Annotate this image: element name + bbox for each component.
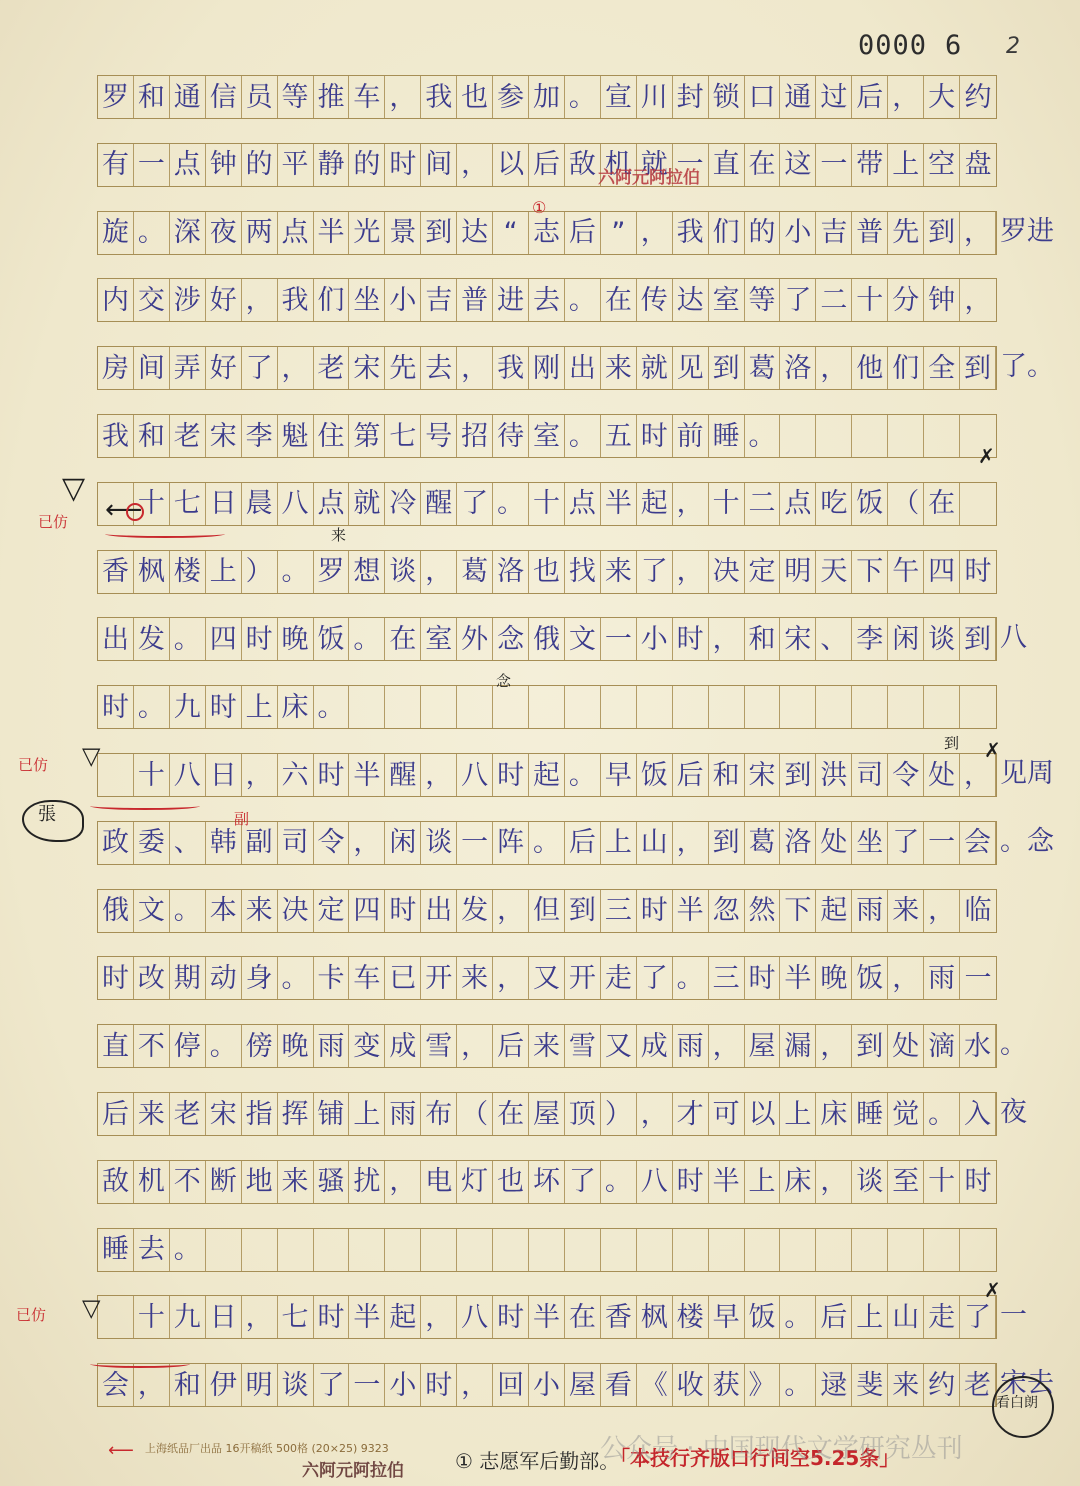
grid-cell: 葛 — [457, 551, 493, 593]
grid-cell: 处 — [924, 754, 960, 796]
grid-cell: 成 — [385, 1025, 421, 1067]
grid-cell: 醒 — [385, 754, 421, 796]
row3-stamp: 六阿元阿拉伯 — [598, 163, 700, 188]
grid-cell: 四 — [349, 890, 385, 932]
grid-cell: 香 — [601, 1296, 637, 1338]
grid-cell: 谈 — [278, 1364, 314, 1406]
grid-cell: 时 — [673, 1161, 709, 1203]
grid-cell: 车 — [349, 76, 385, 118]
grid-cell: 司 — [852, 754, 888, 796]
red-circle-mark — [126, 503, 144, 521]
grid-cell: 。 — [349, 618, 385, 660]
grid-cell: 宋 — [206, 415, 242, 457]
grid-cell: 李 — [852, 618, 888, 660]
grid-cell — [565, 686, 601, 728]
grid-cell: 达 — [673, 279, 709, 321]
grid-cell: 员 — [242, 76, 278, 118]
grid-cell: 去 — [421, 347, 457, 389]
grid-cell: 上 — [780, 1093, 816, 1135]
grid-cell: 忽 — [709, 890, 745, 932]
grid-cell: 睡 — [709, 415, 745, 457]
grid-cell: 。 — [170, 1229, 206, 1271]
grid-cell: 定 — [314, 890, 350, 932]
grid-cell: 闲 — [385, 822, 421, 864]
grid-cell: 的 — [349, 144, 385, 186]
grid-cell: 雨 — [385, 1093, 421, 1135]
page-number-digit: 6 — [945, 30, 962, 61]
grid-cell: 和 — [709, 754, 745, 796]
grid-cell: 一 — [457, 822, 493, 864]
wavy-underline-17 — [105, 530, 225, 538]
grid-cell: 室 — [529, 415, 565, 457]
grid-cell: 洛 — [780, 822, 816, 864]
grid-cell: 决 — [709, 551, 745, 593]
grid-cell: 魁 — [278, 415, 314, 457]
grid-cell: 晚 — [278, 1025, 314, 1067]
grid-cell: 晚 — [278, 618, 314, 660]
grid-cell: 时 — [637, 415, 673, 457]
grid-cell: 来 — [278, 1161, 314, 1203]
grid-cell: 普 — [852, 212, 888, 254]
grid-cell: 成 — [637, 1025, 673, 1067]
grid-cell: （ — [457, 1093, 493, 1135]
grid-cell: 、 — [816, 618, 852, 660]
grid-cell: 出 — [421, 890, 457, 932]
grid-cell: 了 — [457, 483, 493, 525]
grid-cell: 雪 — [565, 1025, 601, 1067]
grid-cell: 枫 — [134, 551, 170, 593]
grid-cell — [852, 686, 888, 728]
grid-cell: 钟 — [206, 144, 242, 186]
grid-cell: 去 — [134, 1229, 170, 1271]
delete-mark-icon: ▽ — [62, 474, 85, 504]
grid-cell: 会 — [960, 822, 996, 864]
grid-cell: 。 — [924, 1093, 960, 1135]
grid-cell: 收 — [673, 1364, 709, 1406]
grid-cell: 饭 — [745, 1296, 781, 1338]
insert-nian: 念 — [496, 674, 511, 689]
grid-cell: 大 — [924, 76, 960, 118]
grid-cell: 一 — [134, 144, 170, 186]
grid-cell: ， — [888, 957, 924, 999]
grid-cell: 指 — [242, 1093, 278, 1135]
grid-cell — [601, 686, 637, 728]
grid-cell: 。 — [170, 890, 206, 932]
grid-cell: 见 — [673, 347, 709, 389]
grid-cell: 等 — [278, 76, 314, 118]
grid-cell: 我 — [673, 212, 709, 254]
grid-cell: 直 — [709, 144, 745, 186]
grid-cell: 机 — [134, 1161, 170, 1203]
grid-cell: 老 — [170, 1093, 206, 1135]
grid-cell — [816, 1229, 852, 1271]
grid-cell: 七 — [170, 483, 206, 525]
grid-cell: 下 — [780, 890, 816, 932]
grid-cell: 获 — [709, 1364, 745, 1406]
grid-cell — [98, 754, 134, 796]
grid-cell: 走 — [924, 1296, 960, 1338]
grid-cell: 半 — [709, 1161, 745, 1203]
grid-cell: 副 — [242, 822, 278, 864]
grid-cell: 闲 — [888, 618, 924, 660]
grid-cell: 老 — [170, 415, 206, 457]
grid-cell: 深 — [170, 212, 206, 254]
grid-cell: 雨 — [852, 890, 888, 932]
grid-cell: 但 — [529, 890, 565, 932]
grid-cell: 时 — [385, 890, 421, 932]
grid-cell: 间 — [134, 347, 170, 389]
grid-cell: 。 — [565, 754, 601, 796]
grid-cell: 文 — [134, 890, 170, 932]
grid-cell: 想 — [349, 551, 385, 593]
grid-row: 会，和伊明谈了一小时，回小屋看《收获》。逯斐来约老宋去 — [97, 1363, 997, 1407]
grid-cell: 住 — [314, 415, 350, 457]
grid-cell — [924, 1229, 960, 1271]
grid-cell: ， — [960, 212, 996, 254]
margin-note-2: 已仿 — [18, 758, 48, 773]
grid-row: 时改期动身。卡车已开来，又开走了。三时半晚饭，雨一 — [97, 956, 997, 1000]
grid-cell: ， — [709, 618, 745, 660]
grid-cell: 》 — [745, 1364, 781, 1406]
grid-cell: 好 — [206, 279, 242, 321]
grid-cell: 。 — [278, 957, 314, 999]
grid-cell: 招 — [457, 415, 493, 457]
grid-cell: 内 — [98, 279, 134, 321]
grid-cell — [637, 1229, 673, 1271]
grid-cell: 十 — [134, 754, 170, 796]
insert-dao: 到 — [944, 736, 959, 751]
grid-cell: 骚 — [314, 1161, 350, 1203]
grid-cell: 伊 — [206, 1364, 242, 1406]
grid-cell: ， — [457, 1364, 493, 1406]
grid-cell: 香 — [98, 551, 134, 593]
grid-cell: 和 — [134, 76, 170, 118]
grid-cell: 小 — [780, 212, 816, 254]
grid-cell: 三 — [709, 957, 745, 999]
grid-cell: 志 — [529, 212, 565, 254]
footnote-marker: ① — [532, 200, 546, 216]
grid-cell: 韩 — [206, 822, 242, 864]
grid-cell — [852, 415, 888, 457]
grid-cell: 可 — [709, 1093, 745, 1135]
grid-cell: 洛 — [493, 551, 529, 593]
grid-cell: 明 — [242, 1364, 278, 1406]
wavy-underline-18 — [90, 802, 200, 810]
grid-cell: 改 — [134, 957, 170, 999]
grid-cell: （ — [888, 483, 924, 525]
grid-cell: 明 — [780, 551, 816, 593]
margin-note-3: 已仿 — [16, 1308, 46, 1323]
grid-row: 政委、韩副司令，闲谈一阵。后上山，到葛洛处坐了一会。念 — [97, 821, 997, 865]
grid-cell: 早 — [601, 754, 637, 796]
grid-cell: 四 — [924, 551, 960, 593]
grid-row: 罗和通信员等推车，我也参加。宣川封锁口通过后，大约 — [97, 75, 997, 119]
grid-cell: 。 — [529, 822, 565, 864]
grid-cell: 一 — [349, 1364, 385, 1406]
grid-cell: 川 — [637, 76, 673, 118]
grid-cell — [242, 1229, 278, 1271]
grid-cell: “ — [493, 212, 529, 254]
grid-cell: 六 — [278, 754, 314, 796]
grid-cell: 我 — [493, 347, 529, 389]
margin-note-1: 已仿 — [38, 515, 68, 530]
grid-cell: 室 — [421, 618, 457, 660]
grid-cell: 发 — [457, 890, 493, 932]
grid-cell: 了 — [960, 1296, 996, 1338]
grid-cell: 时 — [98, 686, 134, 728]
grid-cell: 看 — [601, 1364, 637, 1406]
overflow-char: 。 — [1000, 1031, 1027, 1058]
grid-cell — [601, 1229, 637, 1271]
grid-cell: ， — [278, 347, 314, 389]
grid-cell: 葛 — [745, 347, 781, 389]
delete-mark-right-1: ✗ — [978, 446, 995, 466]
grid-cell: 起 — [529, 754, 565, 796]
grid-cell: 屋 — [565, 1364, 601, 1406]
grid-cell: 时 — [206, 686, 242, 728]
grid-cell: 交 — [134, 279, 170, 321]
overflow-char: 八 — [1000, 624, 1027, 651]
grid-cell: 。 — [601, 1161, 637, 1203]
grid-cell: 十 — [709, 483, 745, 525]
grid-cell: 半 — [780, 957, 816, 999]
grid-cell — [745, 686, 781, 728]
grid-cell: 晨 — [242, 483, 278, 525]
grid-cell: 宋 — [780, 618, 816, 660]
grid-cell — [924, 415, 960, 457]
grid-cell: 扰 — [349, 1161, 385, 1203]
grid-cell: ， — [816, 1025, 852, 1067]
overflow-char: 一 — [1000, 1302, 1027, 1329]
grid-cell: 睡 — [852, 1093, 888, 1135]
grid-cell: 直 — [98, 1025, 134, 1067]
grid-cell — [780, 686, 816, 728]
grid-cell: 封 — [673, 76, 709, 118]
grid-cell: 了 — [780, 279, 816, 321]
delete-mark-icon: ▽ — [82, 744, 100, 768]
grid-cell: 上 — [745, 1161, 781, 1203]
grid-cell: 去 — [529, 279, 565, 321]
grid-cell: 传 — [637, 279, 673, 321]
grid-cell: 入 — [960, 1093, 996, 1135]
grid-cell: 在 — [745, 144, 781, 186]
grid-cell: 晚 — [816, 957, 852, 999]
grid-cell: 又 — [529, 957, 565, 999]
grid-cell — [349, 686, 385, 728]
grid-cell: 八 — [457, 754, 493, 796]
grid-row: 旋。深夜两点半光景到达“志后”，我们的小吉普先到，罗进 — [97, 211, 997, 255]
grid-cell: 时 — [314, 1296, 350, 1338]
grid-cell: 来 — [888, 1364, 924, 1406]
grid-cell — [493, 1229, 529, 1271]
grid-cell: 到 — [852, 1025, 888, 1067]
grid-cell: 先 — [385, 347, 421, 389]
grid-cell: 后 — [493, 1025, 529, 1067]
grid-cell: 光 — [349, 212, 385, 254]
grid-cell — [709, 686, 745, 728]
grid-cell: 钟 — [924, 279, 960, 321]
grid-cell — [457, 1229, 493, 1271]
grid-cell: 后 — [529, 144, 565, 186]
grid-cell: 出 — [98, 618, 134, 660]
overflow-char: 夜 — [1000, 1099, 1027, 1126]
grid-cell: 八 — [170, 754, 206, 796]
grid-cell: 决 — [278, 890, 314, 932]
grid-cell: 停 — [170, 1025, 206, 1067]
grid-cell: 两 — [242, 212, 278, 254]
grid-cell: 时 — [745, 957, 781, 999]
grid-cell: 又 — [601, 1025, 637, 1067]
grid-cell: 到 — [960, 347, 996, 389]
grid-cell: 和 — [170, 1364, 206, 1406]
grid-cell: 觉 — [888, 1093, 924, 1135]
grid-cell: 了 — [314, 1364, 350, 1406]
grid-cell: 外 — [457, 618, 493, 660]
grid-cell: 俄 — [529, 618, 565, 660]
delete-mark-icon: ▽ — [82, 1296, 100, 1320]
grid-cell: ， — [421, 551, 457, 593]
grid-cell: 的 — [242, 144, 278, 186]
grid-cell: 了 — [565, 1161, 601, 1203]
grid-cell: ， — [816, 347, 852, 389]
grid-cell: 十 — [852, 279, 888, 321]
grid-cell: 已 — [385, 957, 421, 999]
grid-cell: 我 — [278, 279, 314, 321]
grid-cell: 普 — [457, 279, 493, 321]
grid-cell: 雪 — [421, 1025, 457, 1067]
grid-cell: 谈 — [924, 618, 960, 660]
grid-cell: 三 — [601, 890, 637, 932]
grid-cell: 时 — [493, 754, 529, 796]
grid-cell: 日 — [206, 754, 242, 796]
grid-cell: 雨 — [924, 957, 960, 999]
grid-cell: 谈 — [421, 822, 457, 864]
grid-cell: ， — [385, 76, 421, 118]
grid-cell: 醒 — [421, 483, 457, 525]
grid-cell: 通 — [170, 76, 206, 118]
grid-cell: 来 — [529, 1025, 565, 1067]
grid-cell: 他 — [852, 347, 888, 389]
grid-cell: 达 — [457, 212, 493, 254]
grid-cell: 盘 — [960, 144, 996, 186]
grid-cell: 时 — [98, 957, 134, 999]
grid-cell — [421, 1229, 457, 1271]
grid-cell: 来 — [457, 957, 493, 999]
grid-cell: 了 — [888, 822, 924, 864]
grid-cell: 小 — [385, 1364, 421, 1406]
grid-cell: 们 — [888, 347, 924, 389]
grid-cell: 小 — [529, 1364, 565, 1406]
grid-cell: 饭 — [637, 754, 673, 796]
grid-cell: 五 — [601, 415, 637, 457]
grid-cell: 雨 — [673, 1025, 709, 1067]
grid-cell: 。 — [314, 686, 350, 728]
grid-cell: ， — [457, 144, 493, 186]
grid-row: 我和老宋李魁住第七号招待室。五时前睡。 — [97, 414, 997, 458]
grid-cell: 来 — [242, 890, 278, 932]
grid-cell: 口 — [745, 76, 781, 118]
grid-cell: ， — [637, 1093, 673, 1135]
overflow-char: 了。 — [1000, 353, 1054, 380]
grid-cell: 以 — [745, 1093, 781, 1135]
grid-row: 时。九时上床。 — [97, 685, 997, 729]
grid-cell — [314, 1229, 350, 1271]
grid-cell — [780, 415, 816, 457]
grid-cell: 坏 — [529, 1161, 565, 1203]
grid-row: 敌机不断地来骚扰，电灯也坏了。八时半上床，谈至十时 — [97, 1160, 997, 1204]
grid-cell — [421, 686, 457, 728]
grid-cell: 时 — [242, 618, 278, 660]
grid-cell: 们 — [709, 212, 745, 254]
grid-cell: 念 — [493, 618, 529, 660]
grid-cell — [457, 686, 493, 728]
grid-row: 十九日，七时半起，八时半在香枫楼早饭。后上山走了一 — [97, 1295, 997, 1339]
grid-cell: 令 — [314, 822, 350, 864]
footer-stamp: 六阿元阿拉伯 — [302, 1456, 404, 1481]
grid-row: 后来老宋指挥铺上雨布（在屋顶），才可以上床睡觉。入夜 — [97, 1092, 997, 1136]
grid-cell: 开 — [565, 957, 601, 999]
grid-cell: 们 — [314, 279, 350, 321]
grid-cell: 后 — [852, 76, 888, 118]
grid-row: 十八日，六时半醒，八时起。早饭后和宋到洪司令处，见周 — [97, 753, 997, 797]
grid-cell: 吉 — [816, 212, 852, 254]
grid-cell: 八 — [278, 483, 314, 525]
grid-cell: 罗 — [314, 551, 350, 593]
grid-cell: 半 — [601, 483, 637, 525]
grid-cell: 雨 — [314, 1025, 350, 1067]
grid-cell: 七 — [278, 1296, 314, 1338]
grid-cell: 在 — [493, 1093, 529, 1135]
grid-cell — [745, 1229, 781, 1271]
grid-cell: 动 — [206, 957, 242, 999]
grid-cell — [385, 686, 421, 728]
grid-cell: 第 — [349, 415, 385, 457]
grid-cell — [565, 1229, 601, 1271]
grid-cell: 就 — [637, 347, 673, 389]
grid-cell: 一 — [960, 957, 996, 999]
grid-cell: 到 — [421, 212, 457, 254]
grid-cell: 令 — [888, 754, 924, 796]
grid-cell: 身 — [242, 957, 278, 999]
delete-mark-right-3: ✗ — [984, 1280, 1001, 1300]
grid-cell: ） — [242, 551, 278, 593]
grid-cell: 弄 — [170, 347, 206, 389]
grid-cell: ， — [960, 279, 996, 321]
grid-cell: 日 — [206, 483, 242, 525]
grid-cell: 的 — [745, 212, 781, 254]
grid-cell: 。 — [206, 1025, 242, 1067]
grid-cell: 约 — [960, 76, 996, 118]
grid-cell: ， — [816, 1161, 852, 1203]
grid-cell: 葛 — [745, 822, 781, 864]
grid-cell: ， — [457, 1025, 493, 1067]
grid-cell: ， — [242, 1296, 278, 1338]
grid-row: 香枫楼上）。罗想谈，葛洛也找来了，决定明天下午四时 — [97, 550, 997, 594]
grid-cell: 逯 — [816, 1364, 852, 1406]
grid-cell — [637, 686, 673, 728]
grid-cell: 点 — [565, 483, 601, 525]
grid-cell — [888, 1229, 924, 1271]
grid-cell — [816, 686, 852, 728]
grid-cell: ， — [134, 1364, 170, 1406]
grid-cell: 宋 — [206, 1093, 242, 1135]
grid-cell: 过 — [816, 76, 852, 118]
grid-cell: 涉 — [170, 279, 206, 321]
grid-cell: 约 — [924, 1364, 960, 1406]
grid-cell: 吃 — [816, 483, 852, 525]
grid-cell: 在 — [924, 483, 960, 525]
grid-cell: 到 — [565, 890, 601, 932]
